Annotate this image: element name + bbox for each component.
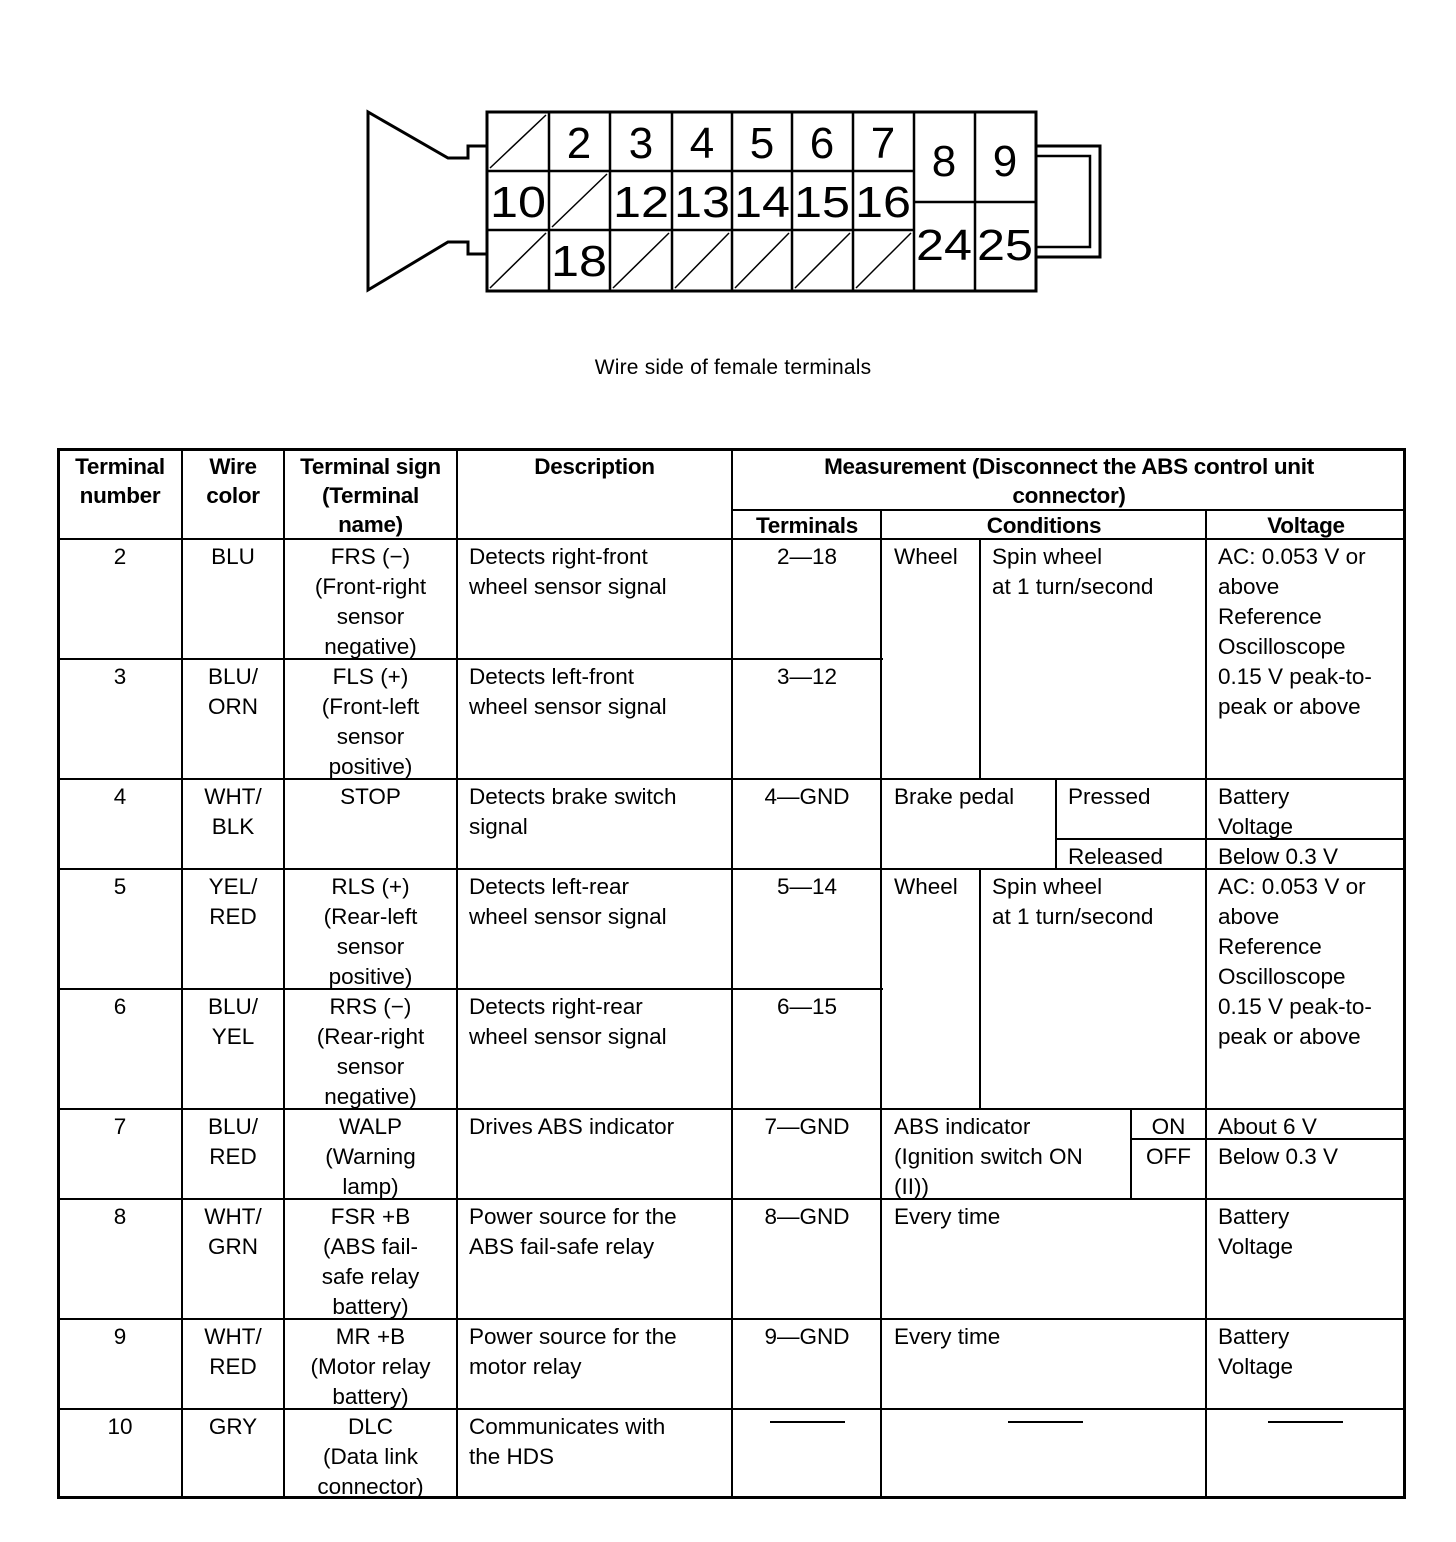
dlc-voltage-na — [1268, 1421, 1343, 1423]
condition-abs-on: ON — [1131, 1109, 1206, 1142]
cell-wire-color: WHT/ RED — [182, 1319, 284, 1382]
cell-terminals: 7—GND — [732, 1109, 882, 1142]
condition-brake-released: Released — [1056, 839, 1206, 872]
voltage-abs-on: About 6 V — [1206, 1109, 1406, 1142]
header-description: Description — [457, 449, 732, 481]
cell-wire-color: WHT/ GRN — [182, 1199, 284, 1262]
condition-brake-pedal: Brake pedal — [882, 779, 1056, 812]
cell-terminal-sign: DLC (Data link connector) — [284, 1409, 457, 1502]
cell-terminal-sign: RLS (+) (Rear-left sensor positive) — [284, 869, 457, 992]
terminal-table: Terminal number Wire color Terminal sign… — [0, 0, 1456, 1542]
condition-detail-front: Spin wheel at 1 turn/second — [980, 539, 1206, 602]
cell-terminal-number: 8 — [58, 1199, 182, 1232]
cell-terminal-sign: STOP — [284, 779, 457, 812]
cell-terminal-number: 2 — [58, 539, 182, 572]
cell-terminal-number: 10 — [58, 1409, 182, 1442]
cell-wire-color: YEL/ RED — [182, 869, 284, 932]
cell-terminal-number: 3 — [58, 659, 182, 692]
voltage-abs-off: Below 0.3 V — [1206, 1139, 1406, 1172]
cell-wire-color: BLU/ RED — [182, 1109, 284, 1172]
cell-terminals: 2—18 — [732, 539, 882, 572]
cell-terminal-number: 5 — [58, 869, 182, 902]
cell-wire-color: BLU — [182, 539, 284, 572]
cell-description: Detects right-front wheel sensor signal — [457, 539, 732, 602]
condition-wheel-front: Wheel — [882, 539, 980, 572]
cell-terminal-sign: FLS (+) (Front-left sensor positive) — [284, 659, 457, 782]
voltage-brake-released: Below 0.3 V — [1206, 839, 1406, 872]
cell-terminal-sign: RRS (−) (Rear-right sensor negative) — [284, 989, 457, 1112]
header-measurement: Measurement (Disconnect the ABS control … — [732, 449, 1406, 510]
header-conditions: Conditions — [882, 508, 1206, 540]
cell-wire-color: WHT/ BLK — [182, 779, 284, 842]
condition-abs-indicator: ABS indicator (Ignition switch ON (II)) — [882, 1109, 1131, 1202]
cell-terminal-number: 6 — [58, 989, 182, 1022]
condition-abs-off: OFF — [1131, 1139, 1206, 1172]
cell-description: Detects brake switch signal — [457, 779, 732, 842]
cell-terminals: 4—GND — [732, 779, 882, 812]
cell-terminal-number: 9 — [58, 1319, 182, 1352]
dlc-terminals-na — [770, 1421, 845, 1423]
cell-wire-color: GRY — [182, 1409, 284, 1442]
cell-description: Detects left-front wheel sensor signal — [457, 659, 732, 722]
dlc-condition-na — [1008, 1421, 1083, 1423]
cell-terminals: 3—12 — [732, 659, 882, 692]
cell-terminal-sign: MR +B (Motor relay battery) — [284, 1319, 457, 1412]
cell-terminals: 8—GND — [732, 1199, 882, 1232]
cell-description: Power source for the ABS fail-safe relay — [457, 1199, 732, 1262]
voltage-brake-pressed: Battery Voltage — [1206, 779, 1406, 842]
voltage-wheel-rear: AC: 0.053 V or above Reference Oscillosc… — [1206, 869, 1406, 1052]
cell-terminal-sign: WALP (Warning lamp) — [284, 1109, 457, 1202]
header-terminal-sign: Terminal sign (Terminal name) — [284, 449, 457, 539]
voltage-wheel-front: AC: 0.053 V or above Reference Oscillosc… — [1206, 539, 1406, 722]
cell-wire-color: BLU/ YEL — [182, 989, 284, 1052]
cell-terminals: 9—GND — [732, 1319, 882, 1352]
cell-description: Drives ABS indicator — [457, 1109, 732, 1142]
cell-description: Detects left-rear wheel sensor signal — [457, 869, 732, 932]
cell-description: Detects right-rear wheel sensor signal — [457, 989, 732, 1052]
condition-detail-rear: Spin wheel at 1 turn/second — [980, 869, 1206, 932]
cell-terminal-sign: FSR +B (ABS fail- safe relay battery) — [284, 1199, 457, 1322]
condition-wheel-rear: Wheel — [882, 869, 980, 902]
voltage-fsr: Battery Voltage — [1206, 1199, 1406, 1262]
header-voltage: Voltage — [1206, 508, 1406, 540]
cell-description: Power source for the motor relay — [457, 1319, 732, 1382]
condition-mr: Every time — [882, 1319, 1206, 1352]
condition-fsr: Every time — [882, 1199, 1206, 1232]
cell-terminals: 5—14 — [732, 869, 882, 902]
voltage-mr: Battery Voltage — [1206, 1319, 1406, 1382]
header-terminal-number: Terminal number — [58, 449, 182, 510]
cell-terminal-sign: FRS (−) (Front-right sensor negative) — [284, 539, 457, 662]
cell-terminals: 6—15 — [732, 989, 882, 1022]
cell-wire-color: BLU/ ORN — [182, 659, 284, 722]
header-wire-color: Wire color — [182, 449, 284, 510]
header-terminals: Terminals — [732, 508, 882, 540]
cell-terminal-number: 4 — [58, 779, 182, 812]
condition-brake-pressed: Pressed — [1056, 779, 1206, 812]
cell-description: Communicates with the HDS — [457, 1409, 732, 1472]
cell-terminal-number: 7 — [58, 1109, 182, 1142]
